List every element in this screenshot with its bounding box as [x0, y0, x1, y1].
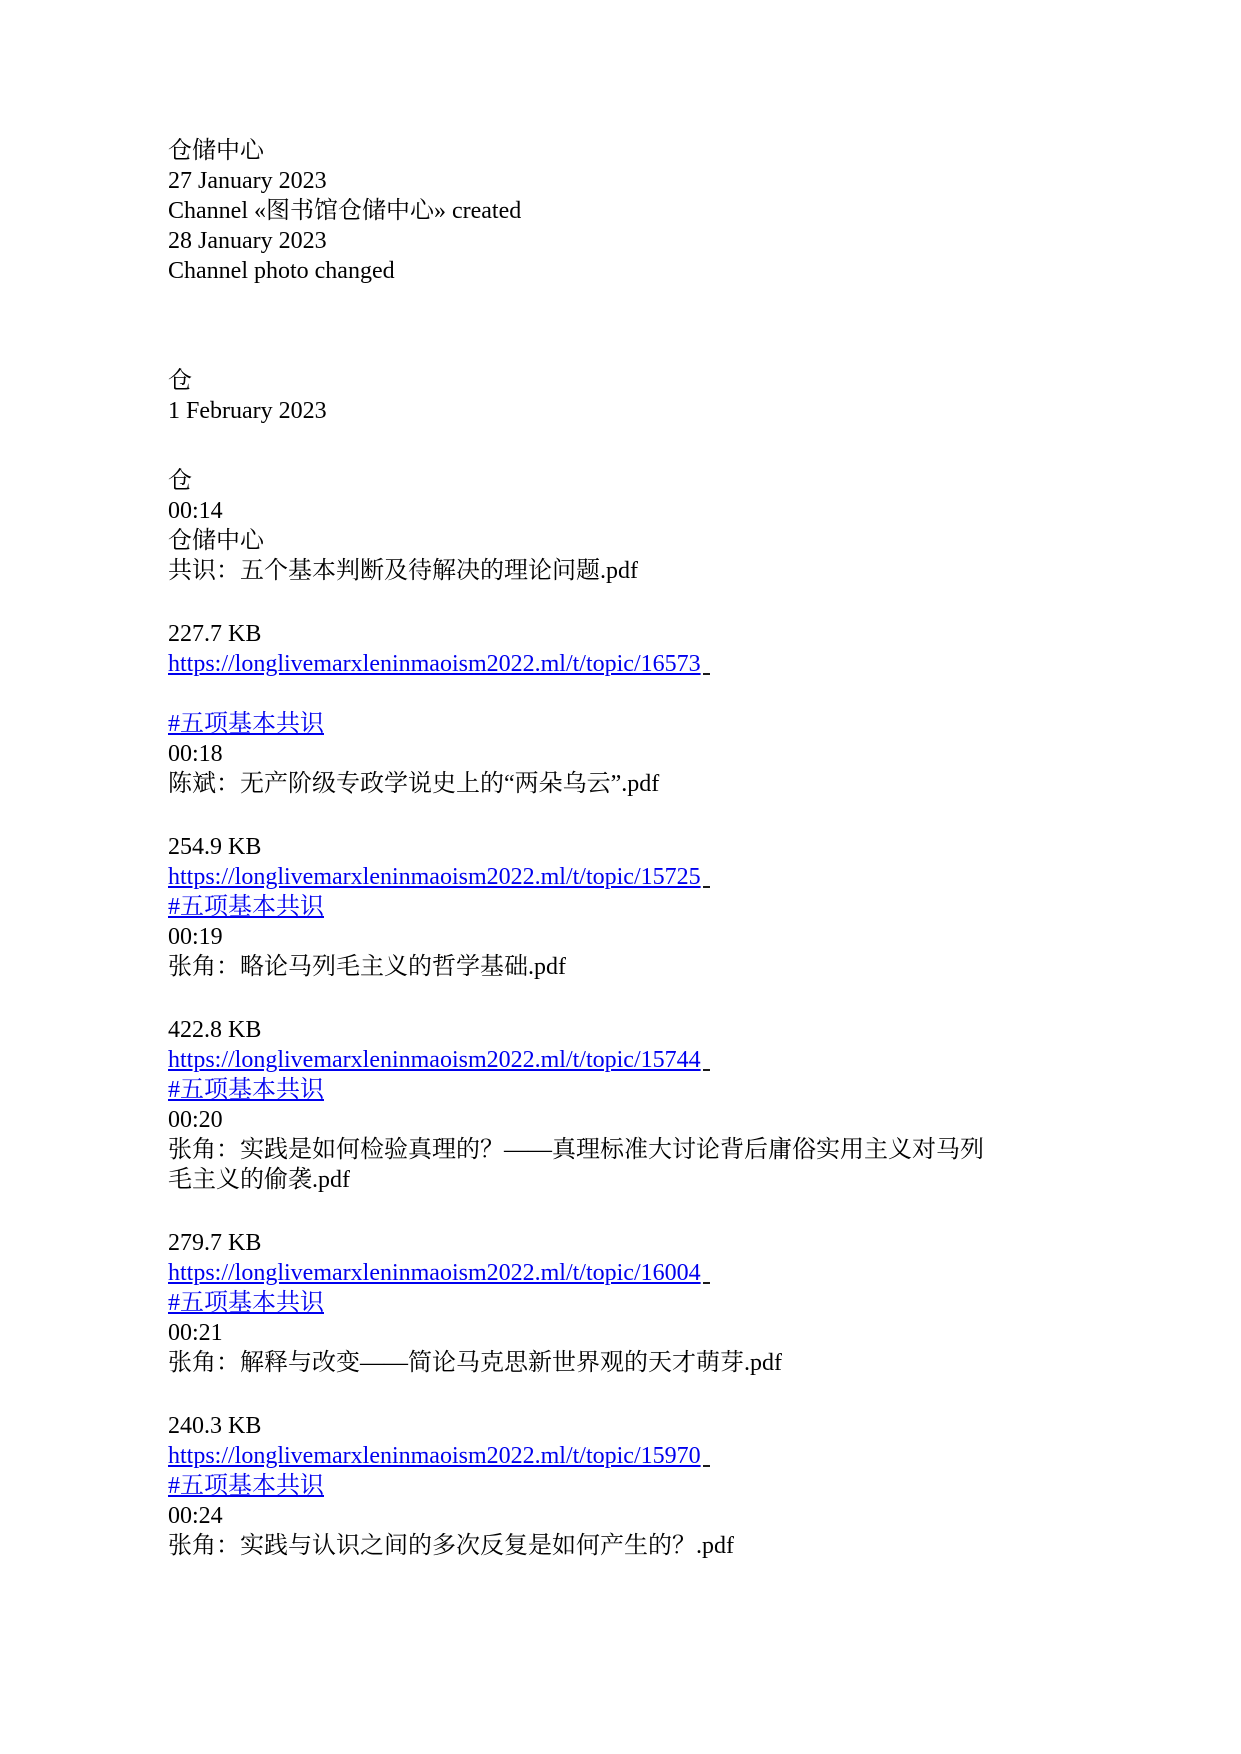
hashtag-link[interactable]: #五项基本共识	[168, 1288, 324, 1318]
spacer	[168, 426, 1151, 466]
topic-url-link[interactable]: https://longlivemarxleninmaoism2022.ml/t…	[168, 649, 710, 679]
service-message-photo: Channel photo changed	[168, 256, 1151, 286]
message-time: 00:20	[168, 1105, 1151, 1135]
spacer	[168, 286, 1151, 366]
file-size: 240.3 KB	[168, 1411, 1151, 1441]
file-title: 张角：解释与改变——简论马克思新世界观的天才萌芽.pdf	[168, 1348, 1151, 1378]
file-size: 422.8 KB	[168, 1015, 1151, 1045]
topic-url-link[interactable]: https://longlivemarxleninmaoism2022.ml/t…	[168, 862, 710, 892]
topic-url-link[interactable]: https://longlivemarxleninmaoism2022.ml/t…	[168, 1045, 710, 1075]
chat-date-header: 1 February 2023	[168, 396, 1151, 426]
message-time: 00:21	[168, 1318, 1151, 1348]
hashtag-link[interactable]: #五项基本共识	[168, 709, 324, 739]
message-time: 00:18	[168, 739, 1151, 769]
chat-export-page: 仓储中心 27 January 2023 Channel «图书馆仓储中心» c…	[0, 0, 1241, 1754]
file-title: 张角：实践与认识之间的多次反复是如何产生的？.pdf	[168, 1531, 1151, 1561]
spacer	[168, 982, 1151, 1015]
hashtag-link[interactable]: #五项基本共识	[168, 892, 324, 922]
file-size: 227.7 KB	[168, 619, 1151, 649]
event-date: 28 January 2023	[168, 226, 1151, 256]
file-title: 陈斌：无产阶级专政学说史上的“两朵乌云”.pdf	[168, 769, 1151, 799]
sender-initial: 仓	[168, 366, 1151, 396]
spacer	[168, 679, 1151, 709]
spacer	[168, 1378, 1151, 1411]
event-date: 27 January 2023	[168, 166, 1151, 196]
channel-title: 仓储中心	[168, 136, 1151, 166]
spacer	[168, 586, 1151, 619]
file-title: 张角：略论马列毛主义的哲学基础.pdf	[168, 952, 1151, 982]
file-size: 254.9 KB	[168, 832, 1151, 862]
spacer	[168, 1195, 1151, 1228]
service-message-created: Channel «图书馆仓储中心» created	[168, 196, 1151, 226]
message-time: 00:14	[168, 496, 1151, 526]
file-title: 毛主义的偷袭.pdf	[168, 1165, 1151, 1195]
message-time: 00:19	[168, 922, 1151, 952]
hashtag-link[interactable]: #五项基本共识	[168, 1075, 324, 1105]
file-title: 共识：五个基本判断及待解决的理论问题.pdf	[168, 556, 1151, 586]
topic-url-link[interactable]: https://longlivemarxleninmaoism2022.ml/t…	[168, 1258, 710, 1288]
message-time: 00:24	[168, 1501, 1151, 1531]
hashtag-link[interactable]: #五项基本共识	[168, 1471, 324, 1501]
sender-initial: 仓	[168, 466, 1151, 496]
file-size: 279.7 KB	[168, 1228, 1151, 1258]
spacer	[168, 799, 1151, 832]
topic-url-link[interactable]: https://longlivemarxleninmaoism2022.ml/t…	[168, 1441, 710, 1471]
sender-name: 仓储中心	[168, 526, 1151, 556]
file-title: 张角：实践是如何检验真理的？——真理标准大讨论背后庸俗实用主义对马列	[168, 1135, 1151, 1165]
